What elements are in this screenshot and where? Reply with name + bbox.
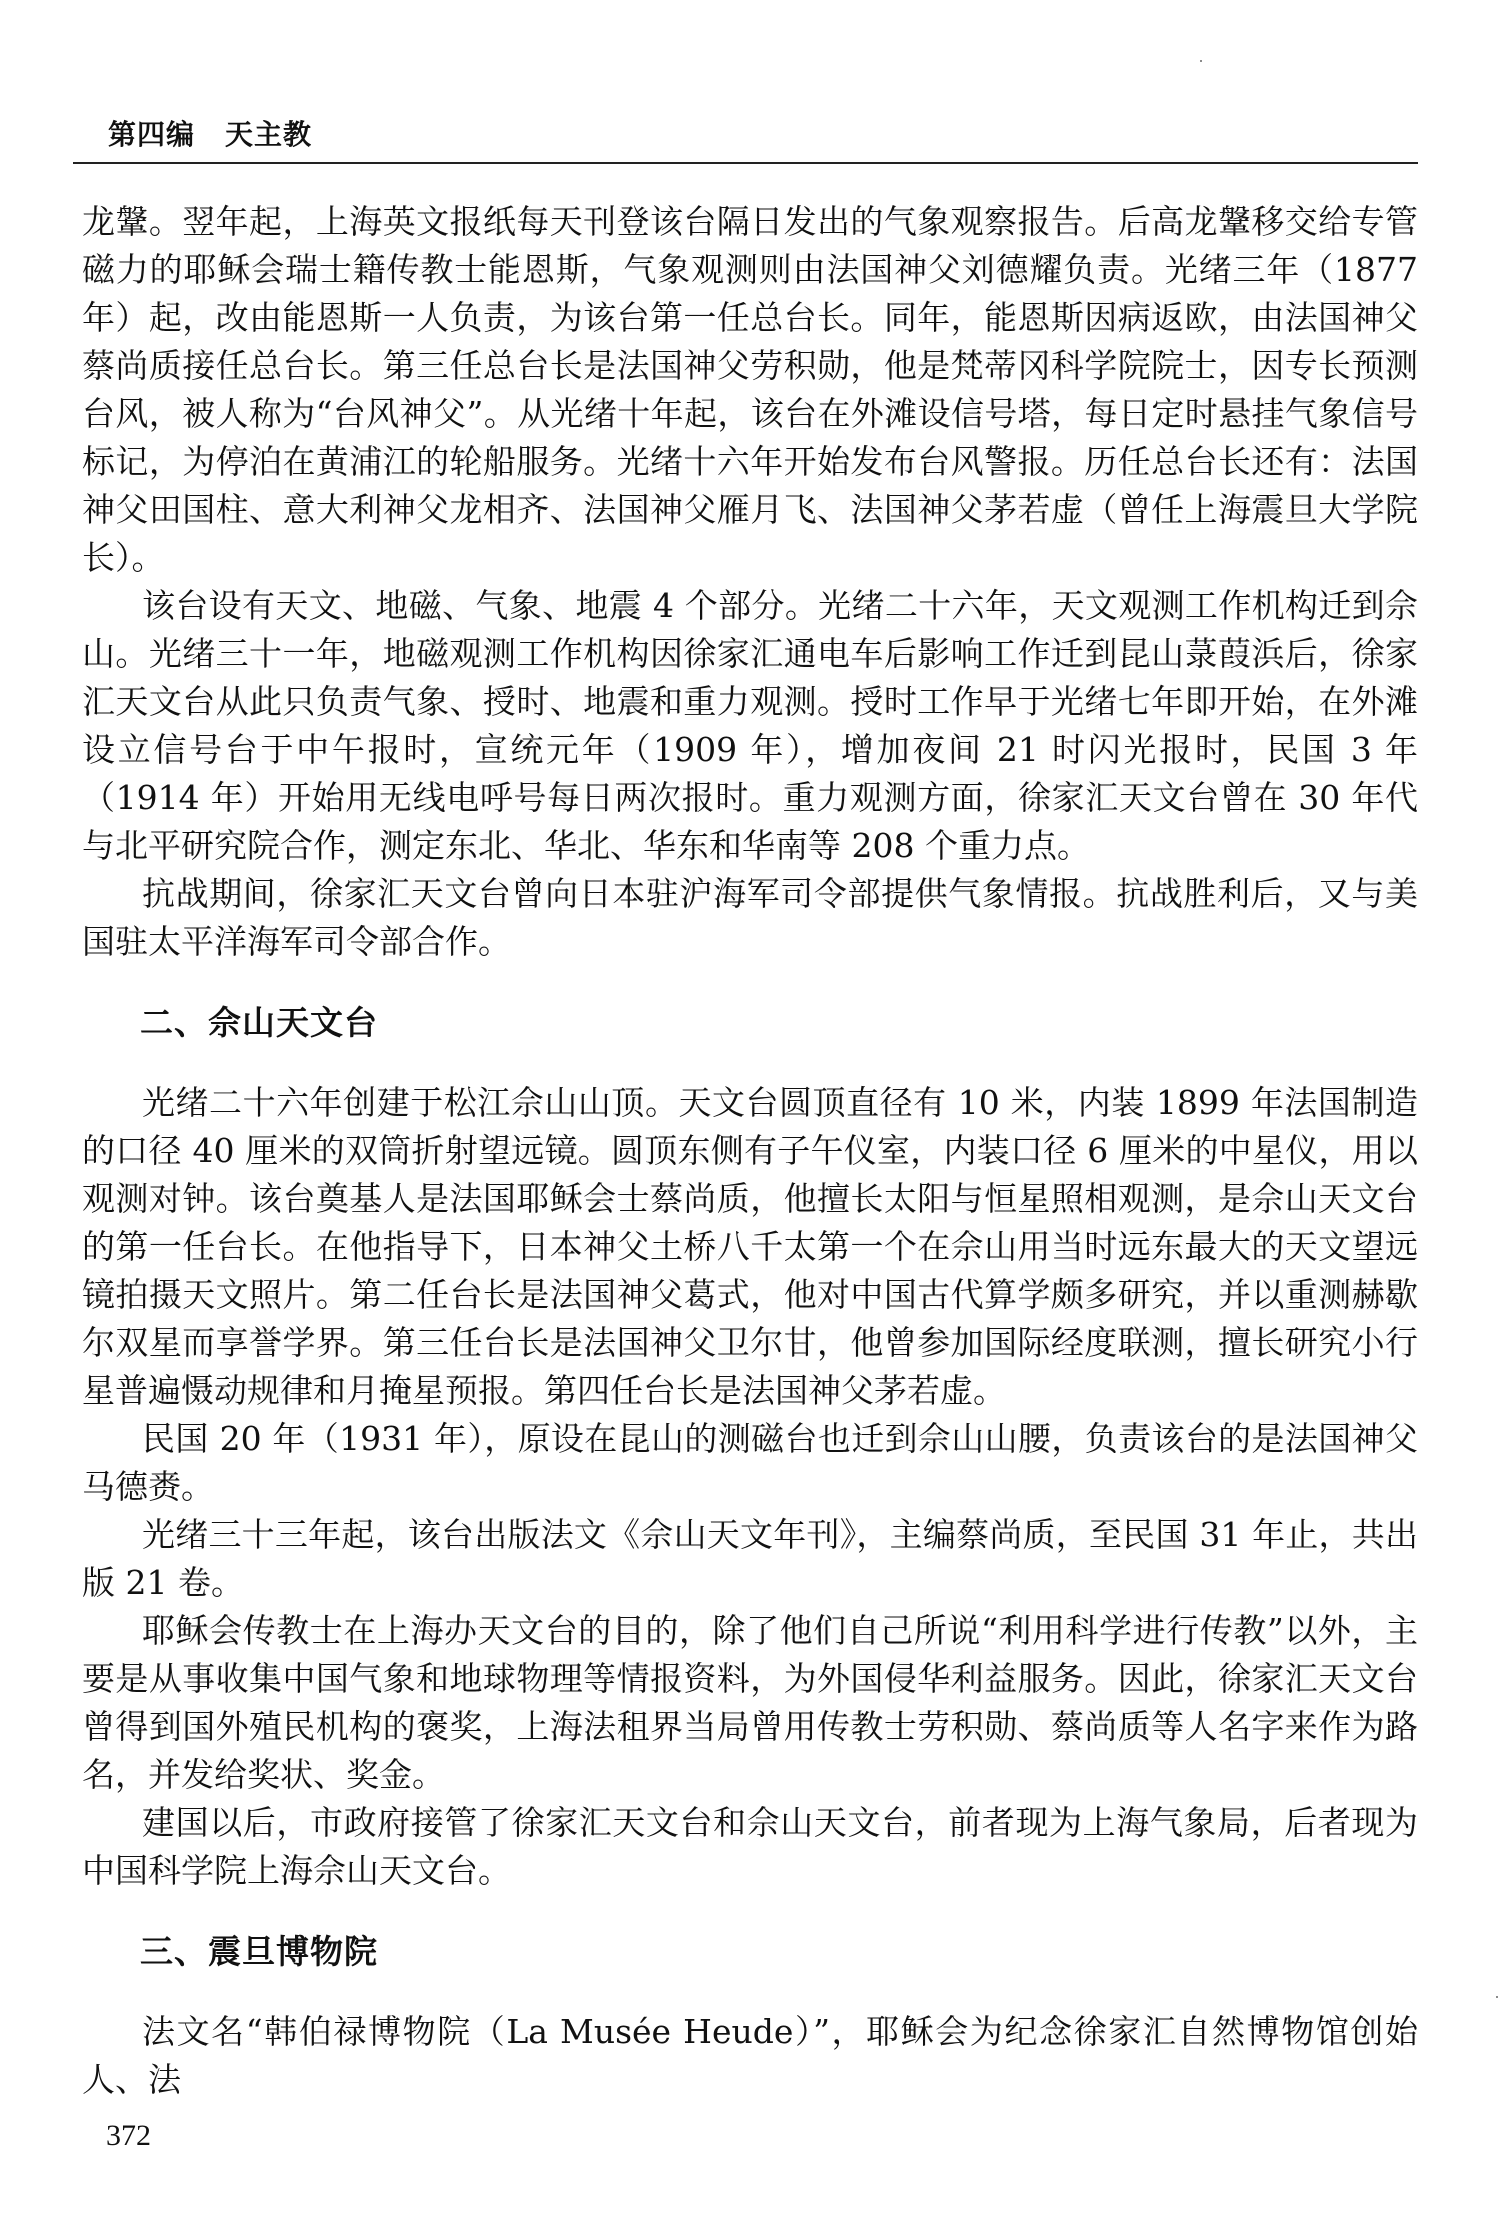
paragraph-8: 建国以后，市政府接管了徐家汇天文台和佘山天文台，前者现为上海气象局，后者现为中国… bbox=[82, 1799, 1418, 1895]
section-heading-aurora-museum: 三、震旦博物院 bbox=[82, 1895, 1418, 2008]
running-head: 第四编天主教 bbox=[108, 114, 312, 156]
scan-speck bbox=[1496, 1996, 1498, 1998]
paragraph-7: 耶稣会传教士在上海办天文台的目的，除了他们自己所说“利用科学进行传教”以外，主要… bbox=[82, 1607, 1418, 1799]
paragraph-5: 民国 20 年（1931 年），原设在昆山的测磁台也迁到佘山山腰，负责该台的是法… bbox=[82, 1415, 1418, 1511]
book-page: 第四编天主教 龙鞶。翌年起，上海英文报纸每天刊登该台隔日发出的气象观察报告。后高… bbox=[0, 0, 1500, 2232]
scan-speck bbox=[1200, 60, 1202, 62]
paragraph-6: 光绪三十三年起，该台出版法文《佘山天文年刊》，主编蔡尚质，至民国 31 年止，共… bbox=[82, 1511, 1418, 1607]
paragraph-9: 法文名“韩伯禄博物院（La Musée Heude）”，耶稣会为纪念徐家汇自然博… bbox=[82, 2008, 1418, 2104]
running-head-part: 第四编 bbox=[108, 118, 195, 151]
paragraph-4: 光绪二十六年创建于松江佘山山顶。天文台圆顶直径有 10 米，内装 1899 年法… bbox=[82, 1079, 1418, 1415]
page-number: 372 bbox=[106, 2118, 151, 2154]
running-head-title: 天主教 bbox=[225, 118, 312, 151]
section-heading-sheshan-observatory: 二、佘山天文台 bbox=[82, 966, 1418, 1079]
header-rule bbox=[73, 162, 1418, 164]
paragraph-1: 龙鞶。翌年起，上海英文报纸每天刊登该台隔日发出的气象观察报告。后高龙鞶移交给专管… bbox=[82, 198, 1418, 582]
body-text: 龙鞶。翌年起，上海英文报纸每天刊登该台隔日发出的气象观察报告。后高龙鞶移交给专管… bbox=[82, 198, 1418, 2104]
paragraph-3: 抗战期间，徐家汇天文台曾向日本驻沪海军司令部提供气象情报。抗战胜利后，又与美国驻… bbox=[82, 870, 1418, 966]
paragraph-2: 该台设有天文、地磁、气象、地震 4 个部分。光绪二十六年，天文观测工作机构迁到佘… bbox=[82, 582, 1418, 870]
